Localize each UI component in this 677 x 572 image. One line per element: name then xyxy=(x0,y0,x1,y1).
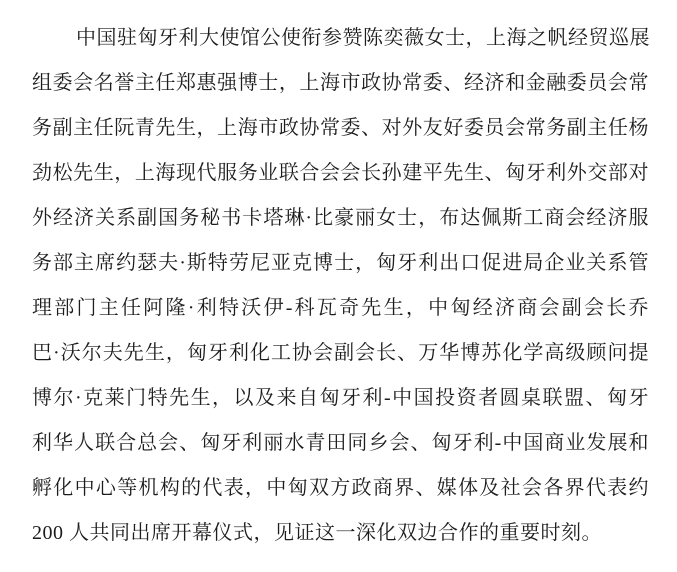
text-line: 中国驻匈牙利大使馆公使衔参赞陈奕薇女士，上海之帆经贸巡展 xyxy=(32,16,649,61)
text-line: 务部主席约瑟夫·斯特劳尼亚克博士，匈牙利出口促进局企业关系管 xyxy=(32,241,649,286)
text-line: 孵化中心等机构的代表，中匈双方政商界、媒体及社会各界代表约 xyxy=(32,466,649,511)
text-line: 外经济关系副国务秘书卡塔琳·比豪丽女士，布达佩斯工商会经济服 xyxy=(32,196,649,241)
text-line: 200 人共同出席开幕仪式，见证这一深化双边合作的重要时刻。 xyxy=(32,511,649,556)
paragraph: 中国驻匈牙利大使馆公使衔参赞陈奕薇女士，上海之帆经贸巡展 组委会名誉主任郑惠强博… xyxy=(32,16,649,556)
text-line: 巴·沃尔夫先生，匈牙利化工协会副会长、万华博苏化学高级顾问提 xyxy=(32,331,649,376)
text-line: 务副主任阮青先生，上海市政协常委、对外友好委员会常务副主任杨 xyxy=(32,106,649,151)
text-line: 利华人联合总会、匈牙利丽水青田同乡会、匈牙利-中国商业发展和 xyxy=(32,421,649,466)
text-line: 博尔·克莱门特先生，以及来自匈牙利-中国投资者圆桌联盟、匈牙 xyxy=(32,376,649,421)
document-page: 中国驻匈牙利大使馆公使衔参赞陈奕薇女士，上海之帆经贸巡展 组委会名誉主任郑惠强博… xyxy=(0,0,677,572)
text-line: 理部门主任阿隆·利特沃伊-科瓦奇先生，中匈经济商会副会长乔 xyxy=(32,286,649,331)
text-line: 组委会名誉主任郑惠强博士，上海市政协常委、经济和金融委员会常 xyxy=(32,61,649,106)
text-line: 劲松先生，上海现代服务业联合会会长孙建平先生、匈牙利外交部对 xyxy=(32,151,649,196)
